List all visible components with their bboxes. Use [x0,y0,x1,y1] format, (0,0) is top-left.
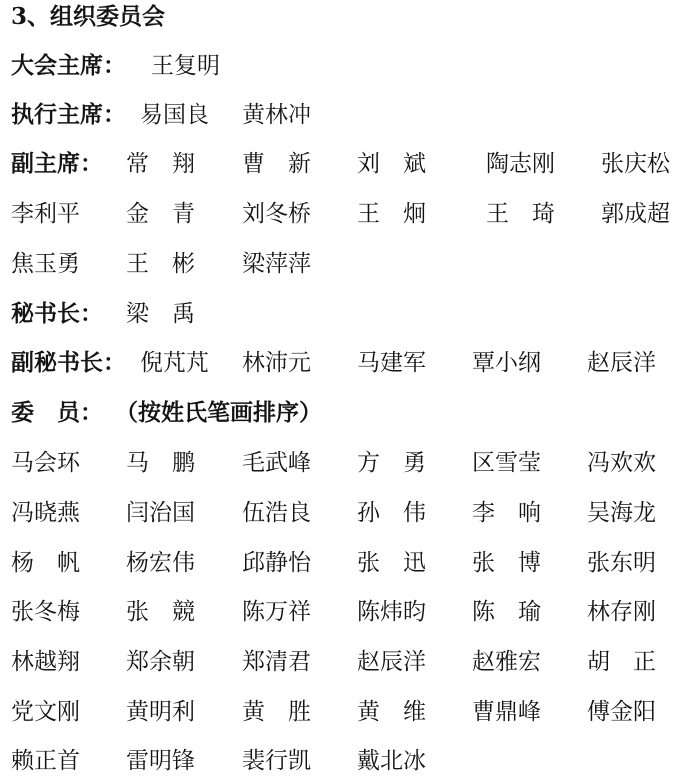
member-name: 孙 伟 [357,498,426,528]
chairman-label: 大会主席： [11,51,126,81]
chairman-name: 王复明 [151,51,220,81]
vice-chairman-name: 陶志刚 [486,149,555,179]
member-name: 吴海龙 [587,498,656,528]
deputy-secretary-name: 赵辰洋 [587,348,656,378]
vice-chairman-name: 王 琦 [486,199,555,229]
deputy-secretary-name: 覃小纲 [472,348,541,378]
members-label: 委 员： [11,398,103,428]
member-name: 黄明利 [126,697,195,727]
member-name: 黄 维 [357,697,426,727]
member-name: 赖正首 [11,746,80,776]
secretary-general-name: 梁 禹 [126,299,195,329]
executive-chairman-name: 易国良 [140,100,209,130]
vice-chairman-name: 金 青 [126,199,195,229]
member-name: 林越翔 [11,647,80,677]
member-name: 裴行凯 [242,746,311,776]
vice-chairmen-label: 副主席： [11,149,103,179]
vice-chairman-name: 焦玉勇 [11,249,80,279]
member-name: 林存刚 [587,597,656,627]
member-name: 郑清君 [242,647,311,677]
deputy-secretary-name: 倪芃芃 [140,348,209,378]
member-name: 毛武峰 [242,448,311,478]
member-name: 陈炜昀 [357,597,426,627]
vice-chairman-name: 刘 斌 [357,149,426,179]
member-name: 傅金阳 [587,697,656,727]
member-name: 党文刚 [11,697,80,727]
member-name: 雷明锋 [126,746,195,776]
member-name: 闫治国 [126,498,195,528]
vice-chairman-name: 王 炯 [357,199,426,229]
member-name: 伍浩良 [242,498,311,528]
executive-chairmen-label: 执行主席： [11,100,126,130]
vice-chairman-name: 梁萍萍 [242,249,311,279]
deputy-secretaries-label: 副秘书长： [11,348,126,378]
members-sort-note: （按姓氏笔画排序） [115,398,322,428]
member-name: 张 迅 [357,548,426,578]
vice-chairman-name: 曹 新 [242,149,311,179]
secretary-general-label: 秘书长： [11,299,103,329]
member-name: 郑余朝 [126,647,195,677]
member-name: 方 勇 [357,448,426,478]
member-name: 冯晓燕 [11,498,80,528]
member-name: 区雪莹 [472,448,541,478]
member-name: 黄 胜 [242,697,311,727]
member-name: 马会环 [11,448,80,478]
vice-chairman-name: 张庆松 [601,149,670,179]
member-name: 胡 正 [587,647,656,677]
member-name: 陈 瑜 [472,597,541,627]
member-name: 张 競 [126,597,195,627]
member-name: 赵雅宏 [472,647,541,677]
deputy-secretary-name: 林沛元 [242,348,311,378]
vice-chairman-name: 刘冬桥 [242,199,311,229]
member-name: 邱静怡 [242,548,311,578]
member-name: 陈万祥 [242,597,311,627]
vice-chairman-name: 郭成超 [601,199,670,229]
deputy-secretary-name: 马建军 [357,348,426,378]
member-name: 李 响 [472,498,541,528]
member-name: 张 博 [472,548,541,578]
member-name: 冯欢欢 [587,448,656,478]
member-name: 曹鼎峰 [472,697,541,727]
member-name: 张东明 [587,548,656,578]
vice-chairman-name: 李利平 [11,199,80,229]
member-name: 杨 帆 [11,548,80,578]
executive-chairman-name: 黄林冲 [242,100,311,130]
section-heading: 3、组织委员会 [11,2,165,32]
vice-chairman-name: 常 翔 [126,149,195,179]
member-name: 赵辰洋 [357,647,426,677]
member-name: 张冬梅 [11,597,80,627]
member-name: 戴北冰 [357,746,426,776]
member-name: 马 鹏 [126,448,195,478]
member-name: 杨宏伟 [126,548,195,578]
vice-chairman-name: 王 彬 [126,249,195,279]
